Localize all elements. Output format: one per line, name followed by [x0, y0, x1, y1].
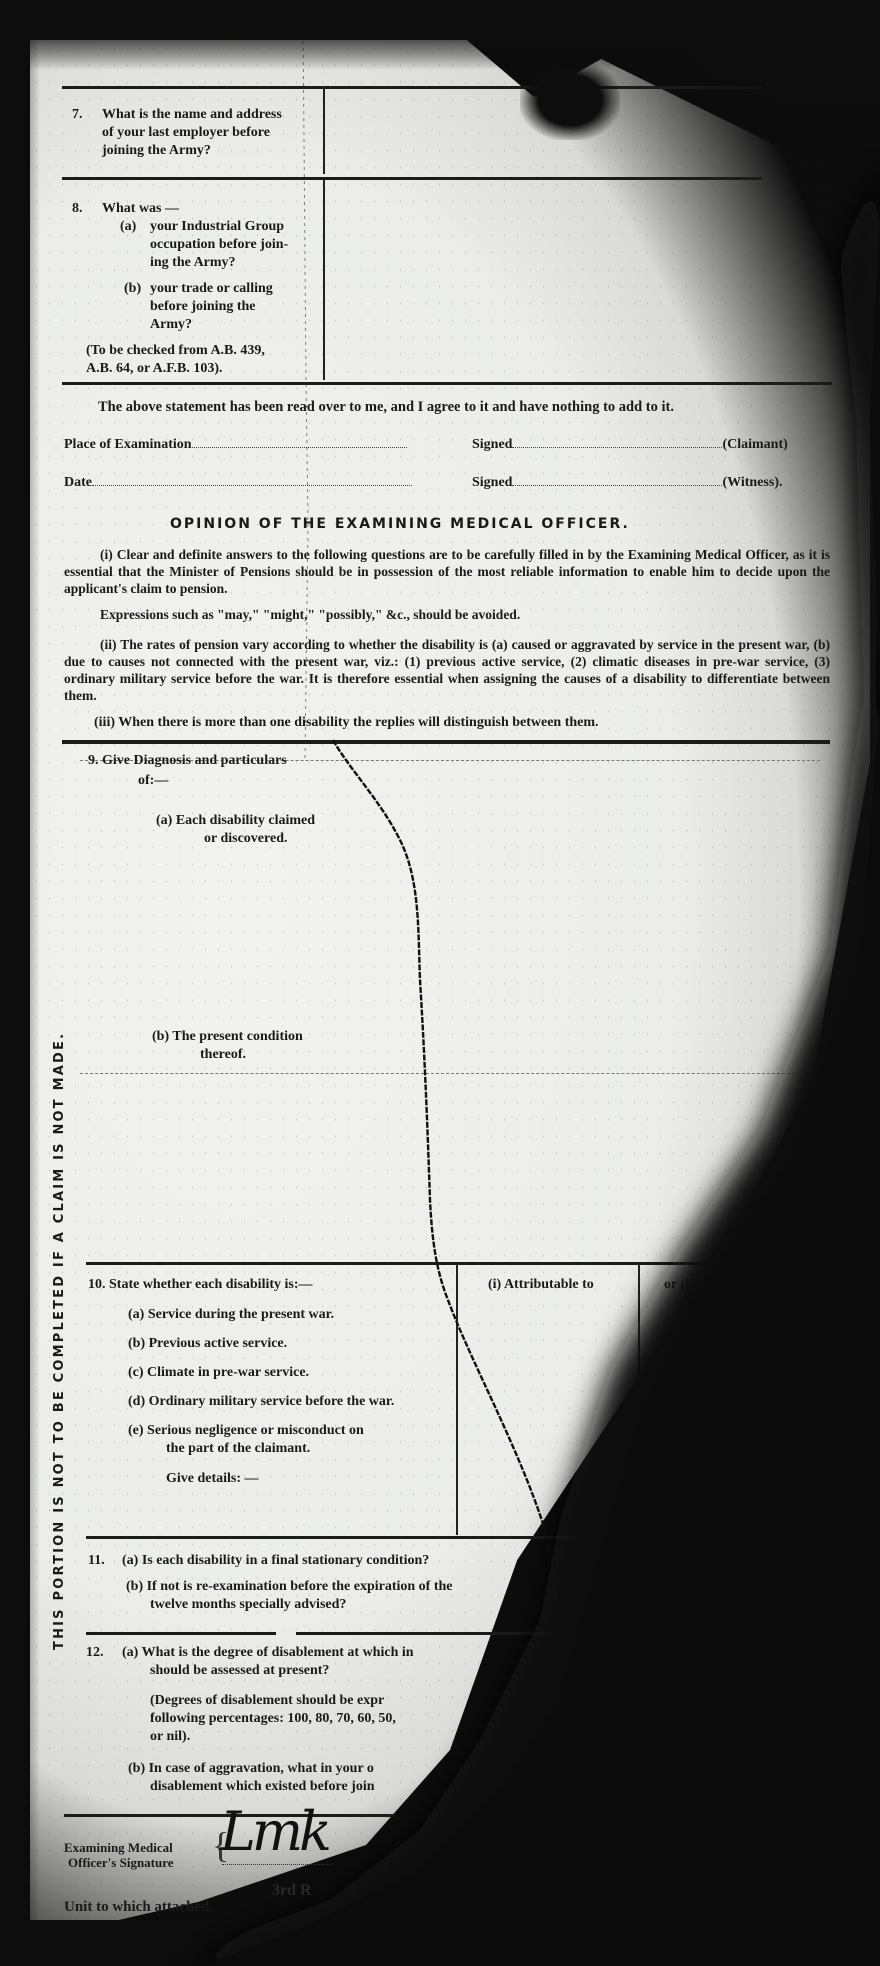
q7-line-2: of your last employer before: [102, 124, 270, 142]
q9-a-line-2: or discovered.: [204, 830, 287, 848]
declaration-text: The above statement has been read over t…: [98, 398, 674, 416]
q9-a-line-1: (a) Each disability claimed: [156, 812, 315, 830]
table-bottom-rule: [62, 382, 832, 385]
column-divider: [456, 1265, 458, 1535]
q8-a-label: (a): [120, 218, 136, 236]
witness-label: (Witness).: [722, 475, 782, 490]
opinion-para-ii: (ii) The rates of pension vary according…: [64, 636, 830, 704]
signed-label: Signed: [472, 437, 512, 452]
q12-note-line-2: following percentages: 100, 80, 70, 60, …: [150, 1710, 396, 1728]
q10-item-e: (e) Serious negligence or misconduct on: [128, 1422, 364, 1440]
sig-label-2: Officer's Signature: [68, 1855, 174, 1870]
q8-a-line-2: occupation before join-: [150, 236, 288, 254]
scan-blot: [520, 60, 620, 140]
q11-top-rule: [86, 1536, 766, 1539]
q8-a-line-1: your Industrial Group: [150, 218, 284, 236]
unit-label: Unit to which attached.: [64, 1898, 213, 1916]
opinion-avoid-note: Expressions such as "may," "might," "pos…: [100, 606, 520, 624]
scan-shadow-left: [0, 0, 40, 1966]
q7-number: 7.: [72, 106, 83, 124]
q8-number: 8.: [72, 200, 83, 218]
q10-column-i-header: (i) Attributable to: [488, 1276, 594, 1294]
q8-answer-field[interactable]: [330, 184, 750, 374]
q12-b-line-2: disablement which existed before join: [150, 1778, 375, 1796]
q10-item-a: (a) Service during the present war.: [128, 1306, 334, 1324]
medical-officer-signature[interactable]: Lmk: [220, 1800, 328, 1863]
scan-shadow-bottom: [0, 1920, 880, 1966]
q11-number: 11.: [88, 1552, 105, 1570]
q9-b-answer-field[interactable]: [380, 1080, 760, 1250]
q9-b-dashed-rule: [80, 1073, 820, 1074]
q9-a-answer-field[interactable]: [380, 790, 820, 1050]
q8-check-line-1: (To be checked from A.B. 439,: [86, 342, 265, 360]
claimant-label: (Claimant): [722, 437, 787, 452]
q8-intro: What was —: [102, 200, 179, 218]
q9-b-line-1: (b) The present condition: [152, 1028, 303, 1046]
q12-top-rule-left: [86, 1632, 276, 1635]
q10-intro: 10. State whether each disability is:—: [88, 1276, 313, 1294]
q12-note-line-1: (Degrees of disablement should be expr: [150, 1692, 384, 1710]
q9-b-line-2: thereof.: [200, 1046, 246, 1064]
q10-item-d: (d) Ordinary military service before the…: [128, 1393, 394, 1411]
opinion-para-iii: (iii) When there is more than one disabi…: [94, 714, 599, 732]
q10-item-e-2: the part of the claimant.: [166, 1440, 310, 1458]
signed-label: Signed: [472, 475, 512, 490]
q8-b-line-3: Army?: [150, 316, 192, 334]
place-label: Place of Examination: [64, 437, 192, 452]
q11-b-line-1: (b) If not is re-examination before the …: [126, 1578, 453, 1596]
opinion-para-i: (i) Clear and definite answers to the fo…: [64, 546, 830, 597]
q10-attributable-field[interactable]: [460, 1300, 634, 1530]
q10-item-c: (c) Climate in pre-war service.: [128, 1364, 309, 1382]
q12-top-rule-right: [296, 1632, 736, 1635]
sig-dotted-line: [222, 1864, 332, 1865]
q8-check-line-2: A.B. 64, or A.F.B. 103).: [86, 360, 223, 378]
q12-note-line-3: or nil).: [150, 1728, 190, 1746]
q7-line-3: joining the Army?: [102, 142, 211, 160]
date-label: Date: [64, 475, 92, 490]
column-divider: [323, 86, 325, 174]
sig-label-1: Examining Medical: [64, 1840, 173, 1855]
q9-intro-2: of:—: [138, 772, 168, 790]
q7-line-1: What is the name and address: [102, 106, 282, 124]
side-note-vertical: THIS PORTION IS NOT TO BE COMPLETED IF A…: [52, 1032, 67, 1650]
section-rule: [62, 740, 830, 744]
q10-item-b: (b) Previous active service.: [128, 1335, 287, 1353]
q12-a-line-2: should be assessed at present?: [150, 1662, 329, 1680]
date-field[interactable]: Date: [64, 474, 412, 492]
q12-number: 12.: [86, 1644, 104, 1662]
q8-b-line-1: your trade or calling: [150, 280, 273, 298]
witness-signature-field[interactable]: Signed(Witness).: [472, 474, 783, 492]
q10-column-ii-header: or (ii) A: [664, 1276, 710, 1294]
q10-give-details: Give details: —: [166, 1470, 259, 1488]
q12-a-line-1: (a) What is the degree of disablement at…: [122, 1644, 414, 1662]
q12-b-line-1: (b) In case of aggravation, what in your…: [128, 1760, 374, 1778]
place-of-examination-field[interactable]: Place of Examination: [64, 436, 407, 454]
claimant-signature-field[interactable]: Signed(Claimant): [472, 436, 788, 454]
q8-b-line-2: before joining the: [150, 298, 256, 316]
q8-b-label: (b): [124, 280, 141, 298]
column-divider: [323, 180, 325, 380]
unit-value[interactable]: 3rd R: [272, 1882, 312, 1900]
q11-a: (a) Is each disability in a final statio…: [122, 1552, 429, 1570]
q10-top-rule: [86, 1262, 806, 1265]
q8-a-line-3: ing the Army?: [150, 254, 236, 272]
column-divider: [638, 1265, 640, 1475]
q9-intro-1: 9. Give Diagnosis and particulars: [88, 752, 287, 770]
opinion-heading: OPINION OF THE EXAMINING MEDICAL OFFICER…: [170, 515, 630, 533]
q11-b-line-2: twelve months specially advised?: [150, 1596, 346, 1614]
